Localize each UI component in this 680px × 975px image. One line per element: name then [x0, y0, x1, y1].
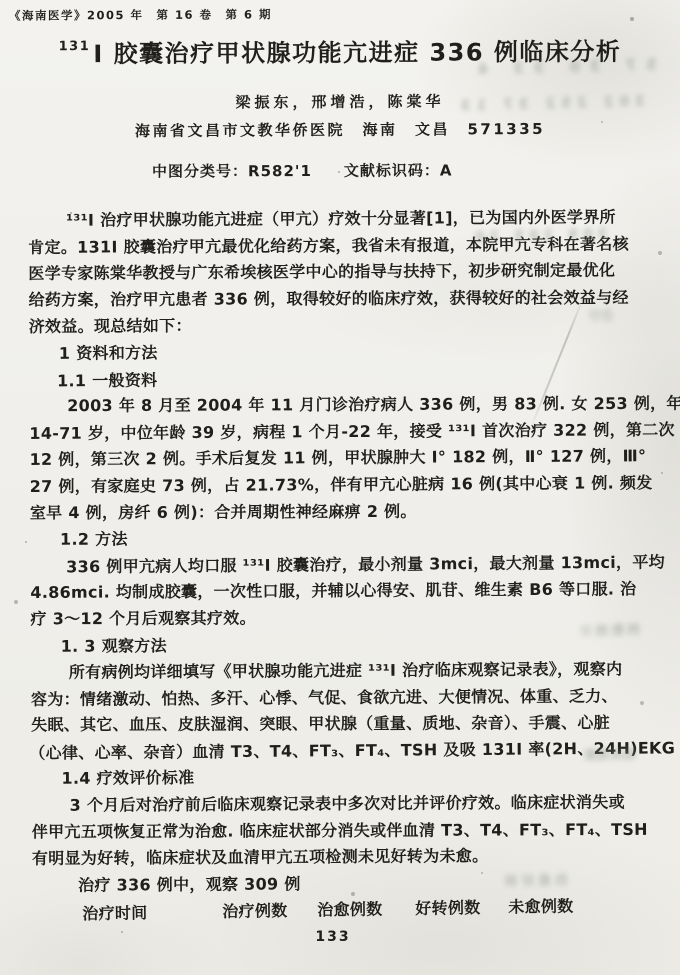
bleed-through-artifact: 合计	[588, 305, 615, 325]
paragraph-line: 容为：情绪激动、怕热、多汗、心悸、气促、食欲亢进、大便情况、体重、乏力、	[31, 683, 663, 713]
paragraph-line: 27 例，有家庭史 73 例，占 21.73%，伴有甲亢心脏病 16 例(其中心…	[30, 470, 662, 500]
scan-speckle-noise	[0, 0, 2, 2]
table-column-header: 治疗时间	[82, 901, 148, 929]
paragraph-line: 14-71 岁，中位年龄 39 岁，病程 1 个月-22 年，接受 ¹³¹I 首…	[29, 417, 661, 447]
section-heading-1-4: 1.4 疗效评价标准	[31, 763, 663, 793]
paragraph-line: 有明显为好转，临床症状及血清甲亢五项检测未见好转为未愈。	[32, 842, 664, 872]
table-column-header: 治疗例数	[222, 898, 288, 926]
table-column-header: 未愈例数	[508, 894, 574, 922]
paragraph-line: 3 个月后对治疗前后临床观察记录表中多次对比并评价疗效。临床症状消失或	[32, 789, 664, 819]
isotope-superscript: 131	[59, 39, 91, 54]
page-number: 133	[0, 929, 666, 945]
affiliation-line: 海南省文昌市文教华侨医院 海南 文昌 571335	[0, 117, 680, 142]
paragraph-line: 伴甲亢五项恢复正常为治愈. 临床症状部分消失或伴血清 T3、T4、FT₃、FT₄…	[32, 816, 664, 845]
section-heading-1-3: 1. 3 观察方法	[31, 630, 663, 660]
paragraph-line: 4.86mci. 均制成胶囊，一次性口服，并辅以心得安、肌苷、维生素 B6 等口…	[30, 576, 662, 606]
paragraph-line: 失眠、其它、血压、皮肤湿润、突眼、甲状腺（重量、质地、杂音）、手震、心脏	[31, 710, 663, 739]
table-column-header: 治愈例数	[317, 897, 383, 925]
table-column-header: 好转例数	[415, 895, 481, 923]
intro-line: 给药方案，治疗甲亢患者 336 例，取得较好的临床疗效，获得较好的社会效益与经	[29, 285, 661, 314]
paragraph-line: 疗 3～12 个月后观察其疗效。	[30, 604, 662, 633]
section-heading-1-1: 1.1 一般资料	[27, 363, 659, 395]
paragraph-line: 所有病例均详细填写《甲状腺功能亢进症 ¹³¹I 治疗临床观察记录表》，观察内	[31, 656, 663, 686]
paragraph-line: 336 例甲亢病人均口服 ¹³¹I 胶囊治疗，最小剂量 3mci，最大剂量 13…	[28, 549, 660, 581]
paragraph-line: 2003 年 8 月至 2004 年 11 月门诊治疗病人 336 例，男 83…	[29, 391, 661, 420]
journal-header: 《海南医学》2005 年 第 16 卷 第 6 期	[9, 6, 272, 23]
bleed-through-artifact: 57 30 33 4	[468, 56, 657, 79]
paragraph-line: 12 例，第三次 2 例。手术后复发 11 例，甲状腺肿大 Ⅰ° 182 例，Ⅱ…	[29, 443, 661, 473]
scanned-journal-page: 《海南医学》2005 年 第 16 卷 第 6 期 131I 胶囊治疗甲状腺功能…	[0, 0, 680, 975]
paragraph-line: 室早 4 例，房纤 6 例)：合并周期性神经麻痹 2 例。	[30, 497, 662, 526]
bleed-through-artifact: 治愈好转	[500, 869, 568, 890]
classification-line: 中图分类号：R582'1 文献标识码：A	[152, 159, 453, 181]
bleed-through-artifact: 临床观察	[584, 743, 636, 763]
intro-line: 医学专家陈棠华教授与广东希埃核医学中心的指导与扶持下，初步研究制定最优化	[28, 257, 660, 287]
article-body: ¹³¹I 治疗甲状腺功能亢进症（甲亢）疗效十分显著[1]，已为国内外医学界所 肯…	[28, 204, 664, 926]
paragraph-line: （心律、心率、杂音）血清 T3、T4、FT₃、FT₄、TSH 及吸 131I 率…	[29, 735, 661, 767]
bleed-through-artifact: 例数统计	[576, 619, 640, 640]
section-heading-1-2: 1.2 方法	[30, 523, 662, 553]
